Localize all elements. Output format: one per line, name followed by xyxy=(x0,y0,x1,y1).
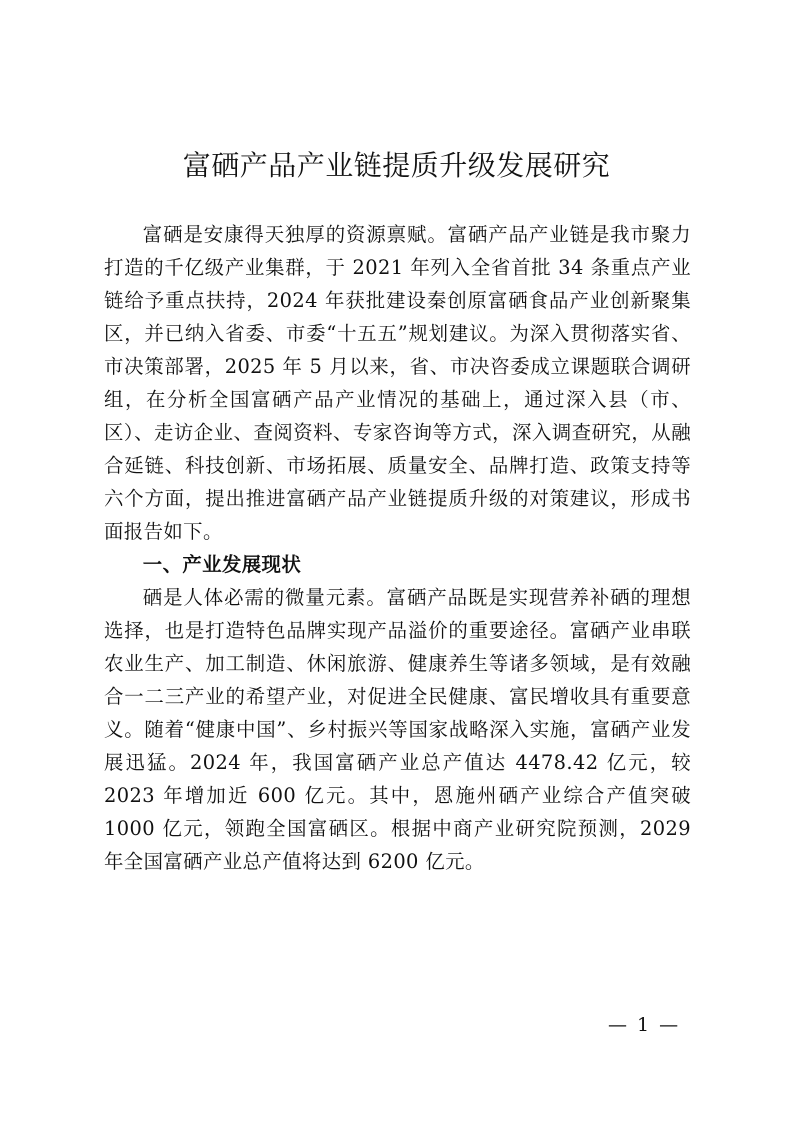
section-heading: 一、产业发展现状 xyxy=(104,548,691,581)
document-page: 富硒产品产业链提质升级发展研究 富硒是安康得天独厚的资源禀赋。富硒产品产业链是我… xyxy=(0,0,793,1122)
intro-paragraph: 富硒是安康得天独厚的资源禀赋。富硒产品产业链是我市聚力打造的千亿级产业集群，于 … xyxy=(104,218,691,548)
document-body: 富硒是安康得天独厚的资源禀赋。富硒产品产业链是我市聚力打造的千亿级产业集群，于 … xyxy=(104,218,691,878)
page-number: — 1 — xyxy=(608,1012,680,1038)
document-title: 富硒产品产业链提质升级发展研究 xyxy=(0,146,793,186)
section-paragraph: 硒是人体必需的微量元素。富硒产品既是实现营养补硒的理想选择，也是打造特色品牌实现… xyxy=(104,581,691,878)
